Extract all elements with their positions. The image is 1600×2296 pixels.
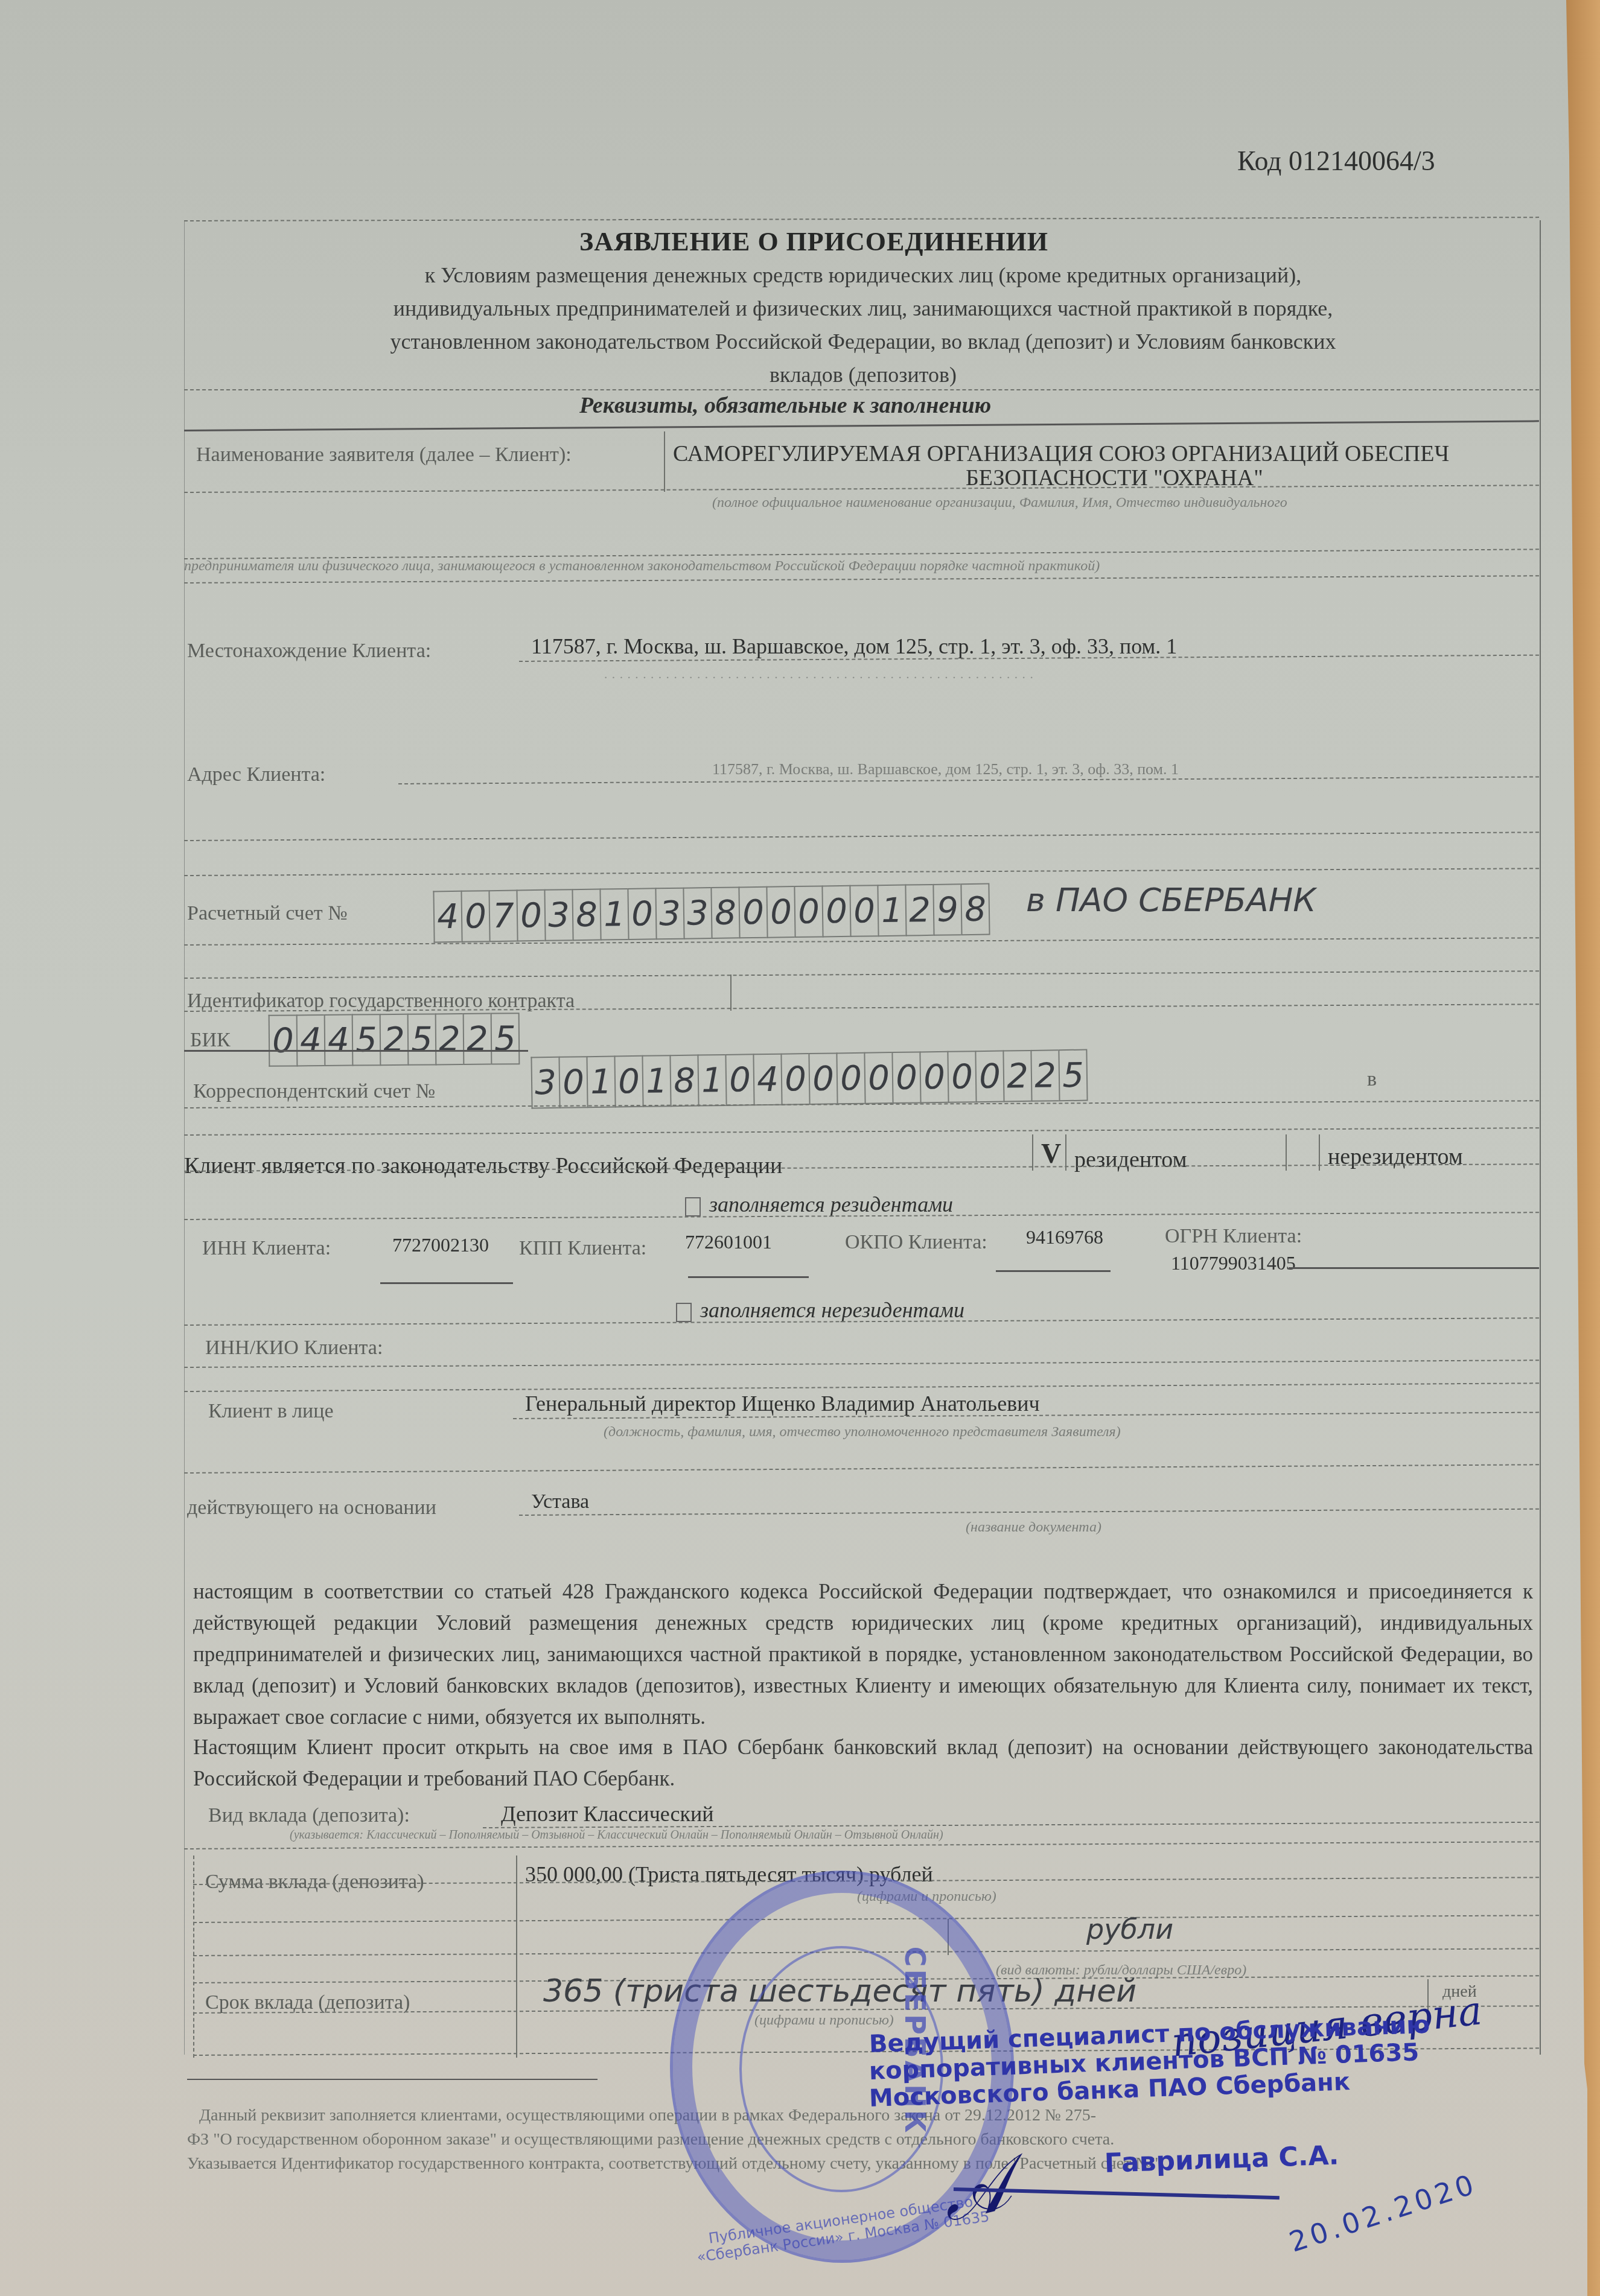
resident-label: резидентом [1074, 1146, 1187, 1173]
digit-cell: 0 [614, 1055, 642, 1108]
digit-cell: 1 [877, 885, 905, 937]
digit-cell: 0 [919, 1051, 948, 1104]
date-stamp: 20.02.2020 [1286, 2167, 1481, 2258]
digit-cell: 1 [642, 1055, 670, 1107]
basis-value: Устава [531, 1490, 589, 1513]
inn-underline [380, 1282, 513, 1284]
client-name-label: Наименование заявителя (далее – Клиент): [196, 444, 572, 466]
subtitle-line-2: индивидуальных предпринимателей и физиче… [199, 296, 1527, 321]
digit-cell: 8 [572, 889, 600, 941]
digit-cell: 3 [544, 889, 572, 941]
page-title: ЗАЯВЛЕНИЕ О ПРИСОЕДИНЕНИИ [579, 226, 1048, 257]
divider [516, 1856, 517, 2058]
digit-cell: 9 [932, 883, 961, 936]
digit-cell: 5 [491, 1013, 520, 1064]
deposit-type-caption: (указывается: Классический – Пополняемый… [290, 1828, 943, 1842]
digit-cell: 2 [435, 1013, 464, 1065]
corr-account-suffix: в [1367, 1068, 1377, 1091]
bik-cells[interactable]: 0 4 4 5 2 5 2 2 5 [269, 1013, 520, 1067]
digit-cell: 0 [269, 1014, 297, 1066]
digit-cell: 0 [975, 1051, 1003, 1103]
residents-header-label: заполняется резидентами [709, 1192, 953, 1216]
footnote-line-3: Указывается Идентификатор государственно… [187, 2154, 1163, 2174]
deposit-term-label: Срок вклада (депозита) [205, 1991, 410, 2014]
digit-cell: 4 [433, 891, 461, 943]
location-hint: · · · · · · · · · · · · · · · · · · · · … [604, 670, 1034, 685]
resident-checkbox[interactable]: V [1041, 1137, 1061, 1169]
digit-cell: 0 [738, 886, 767, 939]
kpp-value: 772601001 [685, 1231, 772, 1253]
divider [1065, 1134, 1066, 1171]
section-title: Реквизиты, обязательные к заполнению [579, 392, 991, 419]
digit-cell: 8 [710, 886, 739, 939]
okpo-label: ОКПО Клиента: [845, 1231, 987, 1254]
divider [184, 389, 1539, 390]
corr-account-cells[interactable]: 3 0 1 0 1 8 1 0 4 0 0 0 0 0 0 0 0 2 2 5 [531, 1049, 1088, 1109]
subtitle-line-3: установленном законодательством Российск… [199, 329, 1527, 354]
divider [730, 975, 731, 1011]
residents-header: заполняется резидентами [685, 1192, 953, 1217]
officer-name: Гаврилица С.А. [1104, 2140, 1339, 2179]
account-number-cells[interactable]: 4 0 7 0 3 8 1 0 3 3 8 0 0 0 0 0 1 2 9 8 [433, 883, 990, 943]
client-name-caption-2: предпринимателя или физического лица, за… [184, 558, 1100, 574]
digit-cell: 5 [352, 1014, 380, 1066]
digit-cell: 1 [697, 1054, 725, 1107]
client-name-caption: (полное официальное наименование организ… [712, 495, 1287, 511]
inn-kio-label: ИНН/КИО Клиента: [205, 1337, 383, 1359]
address-label: Адрес Клиента: [187, 763, 325, 786]
account-bank-name: в ПАО СБЕРБАНК [1026, 881, 1316, 919]
digit-cell: 3 [683, 887, 711, 940]
representative-label: Клиент в лице [208, 1400, 334, 1423]
digit-cell: 4 [753, 1054, 781, 1106]
document-page: Код 012140064/3 ЗАЯВЛЕНИЕ О ПРИСОЕДИНЕНИ… [0, 0, 1587, 2296]
digit-cell: 0 [808, 1052, 837, 1105]
okpo-underline [996, 1270, 1111, 1272]
account-label: Расчетный счет № [187, 902, 348, 925]
residency-label: Клиент является по законодательству Росс… [184, 1153, 782, 1179]
kpp-label: КПП Клиента: [519, 1237, 646, 1260]
digit-cell: 4 [296, 1014, 325, 1066]
divider [193, 1856, 194, 2058]
digit-cell: 0 [864, 1052, 892, 1104]
footnote-rule [187, 2079, 598, 2080]
digit-cell: 3 [531, 1057, 559, 1109]
bik-label: БИК [190, 1029, 231, 1052]
digit-cell: 0 [766, 886, 794, 938]
digit-cell: 5 [1058, 1049, 1088, 1102]
digit-cell: 1 [586, 1056, 614, 1108]
digit-cell: 2 [1030, 1049, 1059, 1102]
digit-cell: 0 [836, 1052, 864, 1105]
agreement-paragraph: настоящим в соответствии со статьей 428 … [193, 1576, 1533, 1733]
subtitle-line-1: к Условиям размещения денежных средств ю… [199, 262, 1527, 288]
subtitle-line-4: вкладов (депозитов) [199, 362, 1527, 387]
form-code: Код 012140064/3 [1237, 145, 1435, 177]
divider [184, 1050, 528, 1052]
basis-label: действующего на основании [187, 1496, 436, 1519]
digit-cell: 0 [725, 1054, 753, 1106]
representative-value: Генеральный директор Ищенко Владимир Ана… [525, 1391, 1040, 1416]
digit-cell: 2 [1002, 1050, 1031, 1102]
digit-cell: 0 [794, 885, 822, 938]
okpo-value: 94169768 [1026, 1226, 1103, 1248]
digit-cell: 0 [516, 889, 544, 942]
digit-cell: 8 [960, 883, 990, 936]
nonresidents-header: заполняется нерезидентами [676, 1297, 964, 1323]
location-label: Местонахождение Клиента: [187, 640, 431, 663]
digit-cell: 8 [669, 1055, 698, 1107]
ogrn-value: 1107799031405 [1171, 1252, 1296, 1274]
deposit-type-value: Депозит Классический [501, 1801, 714, 1827]
digit-cell: 0 [558, 1056, 587, 1108]
digit-cell: 0 [849, 885, 878, 937]
digit-cell: 1 [599, 888, 628, 941]
digit-cell: 7 [488, 890, 517, 943]
digit-cell: 0 [891, 1051, 920, 1104]
divider [664, 431, 665, 492]
digit-cell: 5 [407, 1013, 436, 1065]
representative-caption: (должность, фамилия, имя, отчество уполн… [604, 1424, 1121, 1440]
digit-cell: 0 [947, 1051, 975, 1103]
request-paragraph: Настоящим Клиент просит открыть на свое … [193, 1732, 1533, 1795]
nonresident-label: нерезидентом [1328, 1143, 1463, 1170]
nonresidents-header-label: заполняется нерезидентами [700, 1298, 964, 1322]
ogrn-underline [1289, 1267, 1539, 1269]
kpp-underline [688, 1276, 809, 1278]
currency-value: рубли [1086, 1913, 1173, 1945]
location-value: 117587, г. Москва, ш. Варшавское, дом 12… [531, 634, 1177, 659]
digit-cell: 0 [627, 888, 655, 940]
digit-cell: 3 [655, 888, 683, 940]
deposit-amount-label: Сумма вклада (депозита) [205, 1871, 424, 1894]
deposit-type-label: Вид вклада (депозита): [208, 1804, 410, 1827]
client-name-value-line1: САМОРЕГУЛИРУЕМАЯ ОРГАНИЗАЦИЯ СОЮЗ ОРГАНИ… [673, 440, 1449, 467]
ogrn-label: ОГРН Клиента: [1165, 1225, 1302, 1248]
digit-cell: 0 [461, 890, 489, 943]
nonresidents-checkbox[interactable] [676, 1303, 692, 1322]
inn-value: 7727002130 [392, 1234, 489, 1256]
digit-cell: 4 [324, 1014, 352, 1066]
digit-cell: 2 [463, 1013, 491, 1065]
digit-cell: 0 [780, 1053, 809, 1105]
digit-cell: 2 [380, 1014, 408, 1066]
divider [1032, 1134, 1033, 1171]
digit-cell: 2 [905, 884, 933, 937]
corr-account-label: Корреспондентский счет № [193, 1080, 435, 1103]
residents-checkbox[interactable] [685, 1197, 701, 1216]
digit-cell: 0 [821, 885, 850, 938]
basis-caption: (название документа) [966, 1519, 1101, 1536]
address-value: 117587, г. Москва, ш. Варшавское, дом 12… [712, 760, 1179, 778]
inn-label: ИНН Клиента: [202, 1237, 331, 1260]
